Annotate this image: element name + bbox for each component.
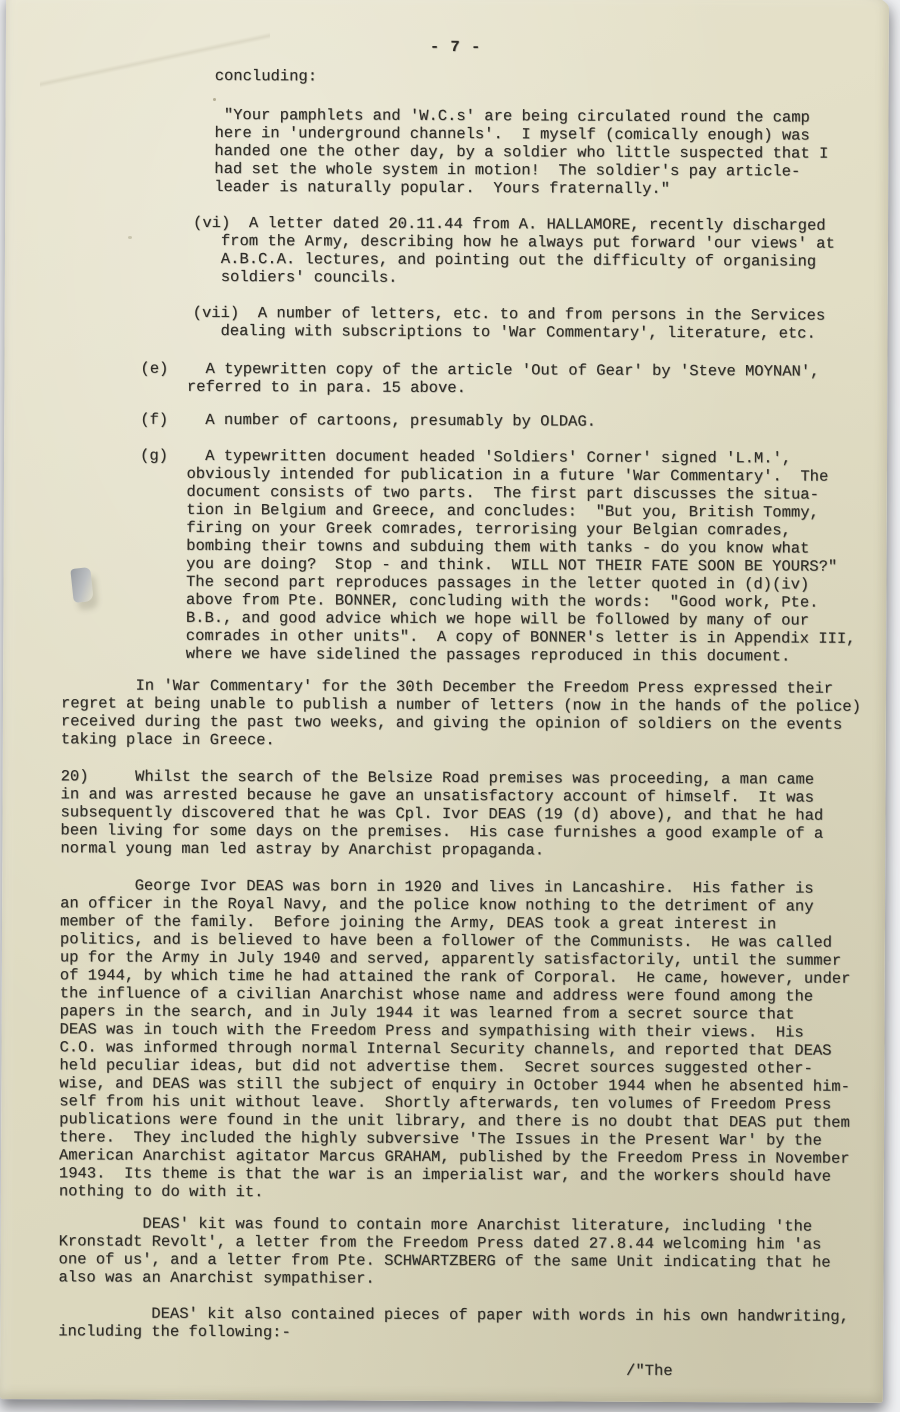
list-item-g: (g) A typewritten document headed 'Soldi…: [139, 447, 879, 666]
catchword: /"The: [626, 1362, 875, 1381]
paragraph-deas-biography: George Ivor DEAS was born in 1920 and li…: [59, 876, 877, 1204]
paragraph-deas-kit: DEAS' kit was found to contain more Anar…: [58, 1214, 875, 1290]
typewritten-page: - 7 - concluding: "Your pamphlets and 'W…: [0, 0, 889, 1403]
list-item-vi: (vi) A letter dated 20.11.44 from A. HAL…: [193, 214, 880, 289]
list-item-e: (e) A typewritten copy of the article 'O…: [140, 360, 879, 399]
paragraph-war-commentary: In 'War Commentary' for the 30th Decembe…: [61, 676, 878, 752]
concluding-label: concluding:: [215, 67, 881, 88]
list-item-vii: (vii) A number of letters, etc. to and f…: [193, 304, 880, 343]
list-item-f: (f) A number of cartoons, presumably by …: [140, 411, 879, 432]
page-number: - 7 -: [430, 38, 881, 58]
quoted-letter-excerpt: "Your pamphlets and 'W.C.s' are being ci…: [214, 106, 880, 199]
scan-background: { "page": { "number_label": "- 7 -", "ca…: [0, 0, 900, 1412]
paragraph-deas-kit-handwriting: DEAS' kit also contained pieces of paper…: [58, 1304, 875, 1344]
paragraph-20: 20) Whilst the search of the Belsize Roa…: [60, 767, 877, 861]
